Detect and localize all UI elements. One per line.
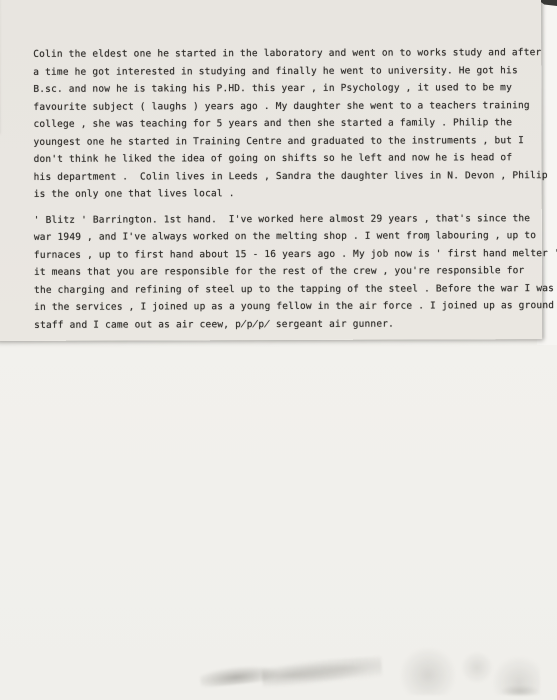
typewritten-sheet: Colin the eldest one he started in the l… — [0, 0, 542, 341]
pencil-smudge — [400, 645, 540, 695]
scanned-page: Colin the eldest one he started in the l… — [0, 0, 557, 700]
pencil-smudge — [261, 656, 382, 688]
typed-text-block: Colin the eldest one he started in the l… — [33, 44, 534, 334]
paragraph-blitz-barrington: ' Blitz ' Barrington. 1st hand. I've wor… — [34, 210, 534, 334]
pencil-smudge — [199, 662, 280, 688]
pencil-smudge — [500, 685, 540, 697]
paragraph-children-family: Colin the eldest one he started in the l… — [33, 44, 534, 203]
